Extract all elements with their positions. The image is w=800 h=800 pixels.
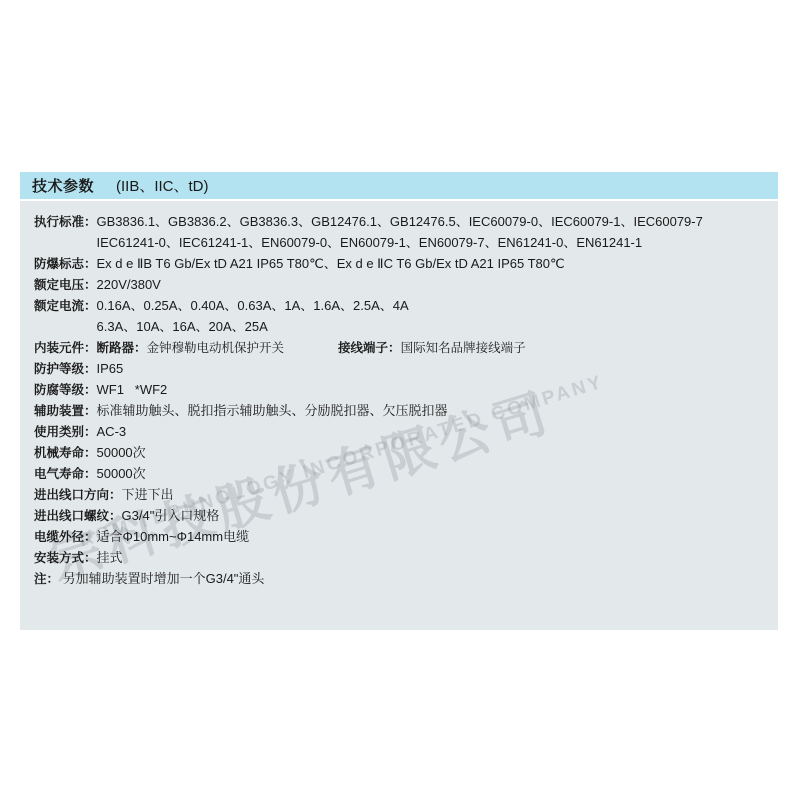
spec-row-internal-components: 内装元件： 断路器： 金钟穆勒电动机保护开关 接线端子： 国际知名品牌接线端子 [34, 337, 778, 358]
spec-value: 50000次 [97, 442, 146, 463]
spec-row-note: 注： 另加辅助装置时增加一个G3/4"通头 [34, 568, 778, 589]
spec-row-ex-marking: 防爆标志： Ex d e ⅡB T6 Gb/Ex tD A21 IP65 T80… [34, 253, 778, 274]
spec-label: 执行标准： [34, 211, 97, 232]
spec-value: GB3836.1、GB3836.2、GB3836.3、GB12476.1、GB1… [97, 211, 703, 232]
spec-label: 注： [34, 568, 59, 589]
spec-row-rated-voltage: 额定电压： 220V/380V [34, 274, 778, 295]
spec-label: 额定电压： [34, 274, 97, 295]
spec-value: 6.3A、10A、16A、20A、25A [97, 316, 409, 337]
spec-row-mounting: 安装方式： 挂式 [34, 547, 778, 568]
panel-title: 技术参数 [32, 175, 94, 196]
spec-row-protection-grade: 防护等级： IP65 [34, 358, 778, 379]
terminal-value: 国际知名品牌接线端子 [401, 337, 526, 358]
spec-label: 防爆标志： [34, 253, 97, 274]
spec-label: 进出线口方向： [34, 484, 122, 505]
spec-row-standards: 执行标准： GB3836.1、GB3836.2、GB3836.3、GB12476… [34, 211, 778, 253]
spec-label: 安装方式： [34, 547, 97, 568]
spec-row-cable-diameter: 电缆外径： 适合Φ10mm~Φ14mm电缆 [34, 526, 778, 547]
spec-value: 0.16A、0.25A、0.40A、0.63A、1A、1.6A、2.5A、4A [97, 295, 409, 316]
spec-row-rated-current: 额定电流： 0.16A、0.25A、0.40A、0.63A、1A、1.6A、2.… [34, 295, 778, 337]
breaker-label: 断路器： [97, 337, 147, 358]
spec-label: 额定电流： [34, 295, 97, 316]
spec-label: 电缆外径： [34, 526, 97, 547]
panel-subtitle: (IIB、IIC、tD) [116, 175, 209, 196]
spec-value: G3/4"引入口规格 [122, 505, 220, 526]
spec-row-cable-entry-direction: 进出线口方向： 下进下出 [34, 484, 778, 505]
spec-value: 标准辅助触头、脱扣指示辅助触头、分励脱扣器、欠压脱扣器 [97, 400, 448, 421]
spec-label: 防护等级： [34, 358, 97, 379]
tech-params-panel: 技术参数 (IIB、IIC、tD) 宗科技股份有限公司 ROM TECHNOLO… [20, 172, 778, 630]
spec-value: 挂式 [97, 547, 123, 568]
spec-label: 电气寿命： [34, 463, 97, 484]
spec-value: 适合Φ10mm~Φ14mm电缆 [97, 526, 250, 547]
spec-value: Ex d e ⅡB T6 Gb/Ex tD A21 IP65 T80℃、Ex d… [97, 253, 565, 274]
spec-row-utilization-category: 使用类别： AC-3 [34, 421, 778, 442]
spec-row-electrical-life: 电气寿命： 50000次 [34, 463, 778, 484]
spec-label: 辅助装置： [34, 400, 97, 421]
spec-list: 宗科技股份有限公司 ROM TECHNOLOGY INCORPORATED CO… [20, 201, 778, 630]
breaker-value: 金钟穆勒电动机保护开关 [147, 337, 285, 358]
spec-row-cable-entry-thread: 进出线口螺纹： G3/4"引入口规格 [34, 505, 778, 526]
spec-value: AC-3 [97, 421, 127, 442]
spec-label: 机械寿命： [34, 442, 97, 463]
spec-value: WF1 *WF2 [97, 379, 168, 400]
spec-value: IEC61241-0、IEC61241-1、EN60079-0、EN60079-… [97, 232, 703, 253]
spec-row-anticorrosion-grade: 防腐等级： WF1 *WF2 [34, 379, 778, 400]
spec-value: 另加辅助装置时增加一个G3/4"通头 [59, 568, 264, 589]
spec-value: 下进下出 [122, 484, 174, 505]
spec-row-auxiliary-devices: 辅助装置： 标准辅助触头、脱扣指示辅助触头、分励脱扣器、欠压脱扣器 [34, 400, 778, 421]
spec-value: IP65 [97, 358, 124, 379]
spec-label: 内装元件： [34, 337, 97, 358]
spec-label: 进出线口螺纹： [34, 505, 122, 526]
spec-value: 50000次 [97, 463, 146, 484]
panel-header: 技术参数 (IIB、IIC、tD) [20, 172, 778, 199]
spec-label: 使用类别： [34, 421, 97, 442]
terminal-label: 接线端子： [338, 337, 401, 358]
spec-row-mechanical-life: 机械寿命： 50000次 [34, 442, 778, 463]
spec-value: 220V/380V [97, 274, 161, 295]
spec-label: 防腐等级： [34, 379, 97, 400]
